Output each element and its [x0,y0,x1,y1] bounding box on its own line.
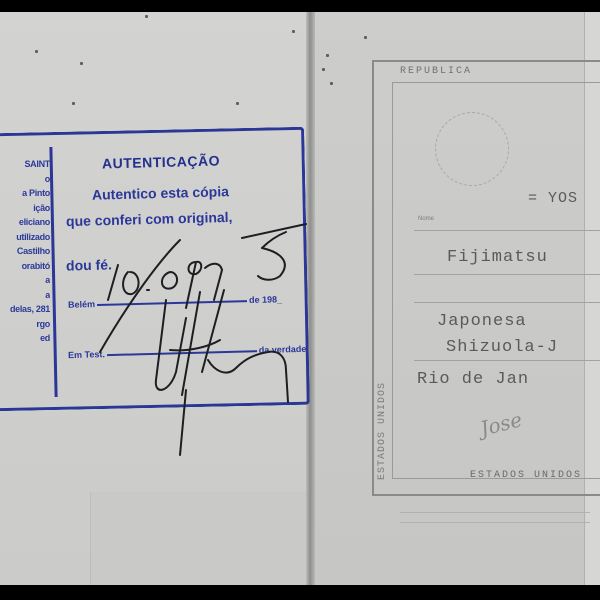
faint-rule [400,512,590,513]
stamp-fragment: Castilho [0,244,50,259]
ink-speck [236,102,239,105]
form-rule [414,274,600,275]
blank-line [97,300,247,306]
testimony-prefix: Em Test. [68,349,105,360]
ink-speck [145,15,148,18]
ink-speck [322,68,325,71]
testimony-suffix: da verdade [259,344,307,355]
stamp-fragment: a [0,273,50,288]
blank-line [107,350,257,356]
typed-birthplace: Shizuola-J [446,338,558,357]
form-top-band: REPUBLICA [400,66,472,77]
ink-speck [72,102,75,105]
typed-surname: Fijimatsu [447,248,548,267]
form-side-band: ESTADOS UNIDOS [377,90,393,480]
ink-speck [35,50,38,53]
field-label: Nome [418,216,434,222]
faint-rule [400,522,590,523]
authentication-stamp: SAINT o a Pinto ição eliciano utilizado … [0,119,308,417]
ink-speck [80,62,83,65]
stamp-fragment: ição [0,201,50,216]
scanned-document: REPUBLICA ESTADOS UNIDOS ESTADOS UNIDOS … [0,12,600,585]
stamp-fragment: ed [0,331,50,346]
stamp-title: AUTENTICAÇÃO [102,152,220,171]
typed-nationality: Japonesa [437,312,527,331]
stamp-fragment: o [0,172,50,187]
stamp-fragment: utilizado [0,230,50,245]
stamp-fragment: rgo [0,317,50,332]
typed-residence: Rio de Jan [417,370,529,389]
date-prefix: Belém [68,299,95,310]
ink-speck [364,36,367,39]
ink-speck [292,30,295,33]
stamp-left-panel: SAINT o a Pinto ição eliciano utilizado … [0,157,50,346]
stamp-fragment: a Pinto [0,186,50,201]
stamp-fragment: orabitó [0,259,50,274]
stamp-text-line: dou fé. [66,256,112,273]
date-suffix: de 198_ [249,294,282,305]
header-name-fragment: = YOS [528,190,578,207]
form-rule [414,302,600,303]
paper-overlap-strip [90,492,307,585]
ink-speck [326,54,329,57]
stamp-fragment: SAINT [0,157,50,172]
stamp-fragment: a [0,288,50,303]
form-bottom-band: ESTADOS UNIDOS [470,470,582,481]
stamp-fragment: delas, 281 [0,302,50,317]
stamp-fragment: eliciano [0,215,50,230]
ink-speck [330,82,333,85]
faded-seal-icon [435,112,509,186]
form-rule [414,230,600,231]
form-rule [414,360,600,361]
